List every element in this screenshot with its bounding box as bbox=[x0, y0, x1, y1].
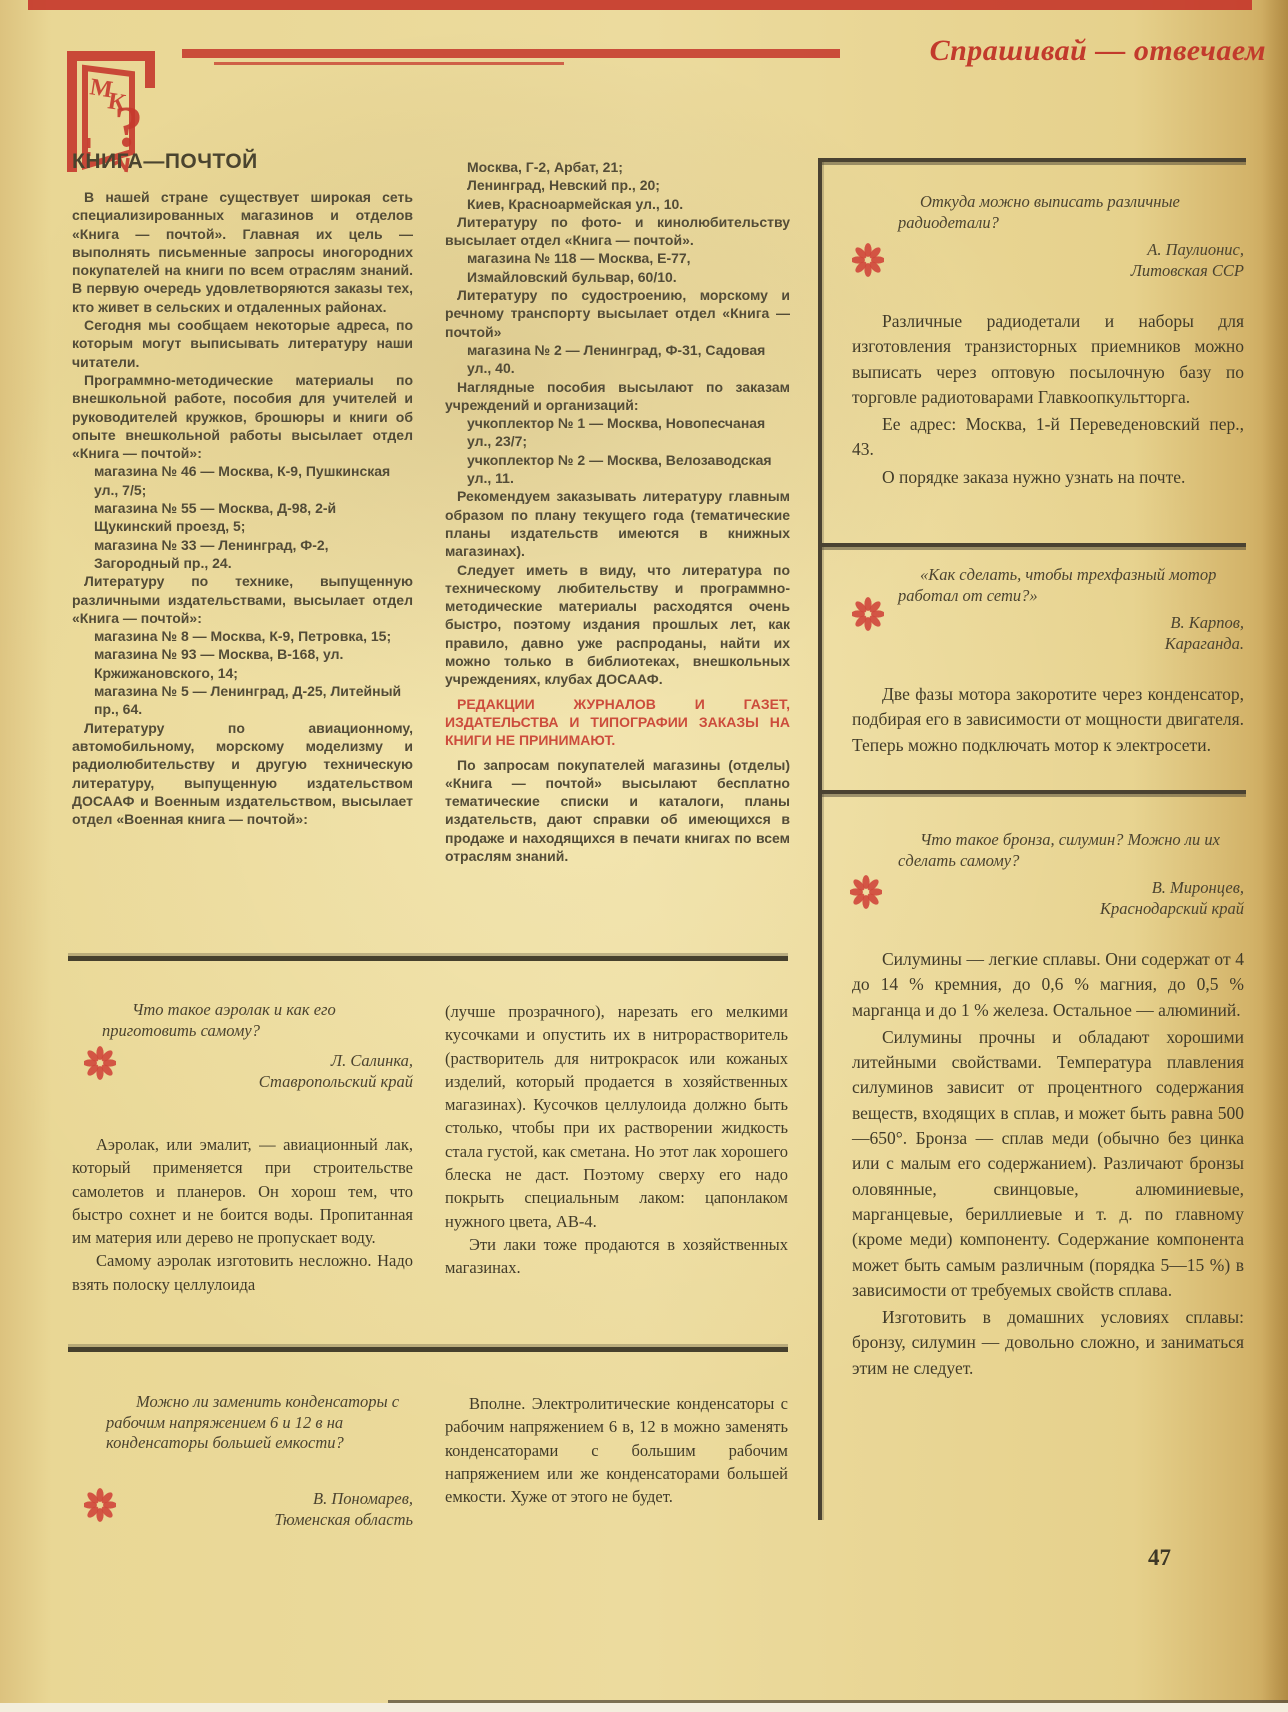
store-address: магазина № 5 — Ленинград, Д-25, Литейный… bbox=[72, 682, 413, 719]
asterisk-icon bbox=[852, 597, 884, 631]
store-address: Москва, Г-2, Арбат, 21; bbox=[445, 158, 790, 176]
magazine-page: М К ? Спрашивай — отвечаем КНИГА—ПОЧТОЙ … bbox=[0, 0, 1288, 1712]
answer-paragraph: Две фазы мотора закоротите через конденс… bbox=[852, 682, 1244, 758]
right-box-top-rule bbox=[818, 158, 1246, 162]
asterisk-icon bbox=[852, 243, 884, 277]
article-paragraph: В нашей стране существует широкая сеть с… bbox=[72, 188, 413, 316]
section-divider-rule bbox=[68, 1347, 788, 1352]
header-red-rule bbox=[182, 49, 840, 58]
section-header-title: Спрашивай — отвечаем bbox=[846, 34, 1266, 68]
store-address: магазина № 8 — Москва, К-9, Петровка, 15… bbox=[72, 627, 413, 645]
top-red-bar bbox=[28, 0, 1252, 10]
answer-paragraph: Силумины прочны и обладают хорошими лите… bbox=[852, 1025, 1244, 1303]
article-paragraph: Литературу по авиационному, автомобильно… bbox=[72, 719, 413, 829]
article-paragraph: Следует иметь в виду, что литература по … bbox=[445, 561, 790, 689]
page-number: 47 bbox=[1148, 1545, 1171, 1571]
header-red-rule-thin bbox=[214, 62, 564, 65]
store-address: магазина № 55 — Москва, Д-98, 2-й Щукинс… bbox=[72, 499, 413, 536]
author-place: Тюменская область bbox=[150, 1509, 413, 1530]
red-notice-text: РЕДАКЦИИ ЖУРНАЛОВ И ГАЗЕТ, ИЗДАТЕЛЬСТВА … bbox=[445, 695, 790, 750]
article-paragraph: Литературу по судостроению, морскому и р… bbox=[445, 286, 790, 341]
store-address: Киев, Красноармейская ул., 10. bbox=[445, 195, 790, 213]
store-address: учкоплектор № 2 — Москва, Велозаводская … bbox=[445, 451, 790, 488]
qa-motor-author: В. Карпов, Караганда. bbox=[852, 612, 1244, 654]
section-divider-rule bbox=[68, 956, 788, 961]
answer-paragraph: Аэролак, или эмалит, — авиационный лак, … bbox=[72, 1133, 413, 1249]
author-place: Ставропольский край bbox=[150, 1071, 413, 1092]
author-name: В. Карпов, bbox=[852, 612, 1244, 633]
asterisk-icon bbox=[84, 1488, 116, 1522]
article-column-1: КНИГА—ПОЧТОЙ В нашей стране существует ш… bbox=[72, 150, 413, 828]
author-name: А. Паулионис, bbox=[852, 239, 1244, 260]
right-box-left-rule bbox=[818, 158, 822, 1520]
store-address: учкоплектор № 1 — Москва, Новопесчаная у… bbox=[445, 414, 790, 451]
qa-aerolak-answer-col2: (лучше прозрачного), нарезать его мелким… bbox=[445, 1000, 788, 1280]
answer-paragraph: Силумины — легкие сплавы. Они содержат о… bbox=[852, 947, 1244, 1023]
qa-radio-author: А. Паулионис, Литовская ССР bbox=[852, 239, 1244, 281]
qa-bronze-question: Что такое бронза, силумин? Можно ли их с… bbox=[852, 830, 1244, 871]
store-address: Ленинград, Невский пр., 20; bbox=[445, 176, 790, 194]
qa-aerolak-question: Что такое аэролак и как его приготовить … bbox=[102, 1000, 414, 1041]
page-right-edge-shadow bbox=[1262, 0, 1288, 1712]
article-paragraph: Рекомендуем заказывать литературу главны… bbox=[445, 487, 790, 560]
answer-paragraph: О порядке заказа нужно узнать на почте. bbox=[852, 465, 1244, 490]
right-box-divider-rule bbox=[822, 790, 1246, 794]
author-name: Л. Салинка, bbox=[150, 1050, 413, 1071]
qa-radio-question: Откуда можно выписать различные радиодет… bbox=[852, 192, 1244, 233]
store-address: магазина № 46 — Москва, К-9, Пушкинская … bbox=[72, 462, 413, 499]
qa-motor-question: «Как сделать, чтобы трехфазный мотор раб… bbox=[852, 565, 1244, 606]
qa-bronze-author: В. Миронцев, Краснодарский край bbox=[852, 877, 1244, 919]
answer-paragraph: Различные радиодетали и наборы для изгот… bbox=[852, 309, 1244, 410]
article-paragraph: Сегодня мы сообщаем некоторые адреса, по… bbox=[72, 316, 413, 371]
right-box-divider-rule bbox=[822, 543, 1246, 547]
qa-aerolak-author: Л. Салинка, Ставропольский край bbox=[150, 1050, 413, 1092]
article-paragraph: По запросам покупателей магазины (отделы… bbox=[445, 756, 790, 866]
qa-bronze-section: Что такое бронза, силумин? Можно ли их с… bbox=[852, 830, 1244, 1383]
answer-paragraph: Изготовить в домашних условиях сплавы: б… bbox=[852, 1305, 1244, 1381]
answer-paragraph: Вполне. Электролитические конденсаторы с… bbox=[445, 1392, 788, 1508]
article-column-2: Москва, Г-2, Арбат, 21; Ленинград, Невск… bbox=[445, 158, 790, 865]
answer-paragraph: Самому аэролак изготовить несложно. Надо… bbox=[72, 1249, 413, 1296]
qa-aerolak-answer-col1: Аэролак, или эмалит, — авиационный лак, … bbox=[72, 1133, 413, 1296]
store-address: магазина № 118 — Москва, Е-77, Измайловс… bbox=[445, 249, 790, 286]
page-bottom-edge bbox=[0, 1703, 1288, 1712]
qa-motor-section: «Как сделать, чтобы трехфазный мотор раб… bbox=[852, 565, 1244, 760]
qa-capacitors-answer: Вполне. Электролитические конденсаторы с… bbox=[445, 1392, 788, 1508]
store-address: магазина № 2 — Ленинград, Ф-31, Садовая … bbox=[445, 341, 790, 378]
article-paragraph: Литературу по технике, выпущенную различ… bbox=[72, 572, 413, 627]
qa-capacitors-question: Можно ли заменить конденсаторы с рабочим… bbox=[106, 1392, 416, 1454]
author-place: Литовская ССР bbox=[852, 260, 1244, 281]
answer-paragraph: (лучше прозрачного), нарезать его мелким… bbox=[445, 1000, 788, 1233]
author-place: Караганда. bbox=[852, 633, 1244, 654]
answer-paragraph: Ее адрес: Москва, 1-й Переведеновский пе… bbox=[852, 412, 1244, 463]
article-paragraph: Литературу по фото- и кинолюбительству в… bbox=[445, 213, 790, 250]
article-paragraph: Наглядные пособия высылают по заказам уч… bbox=[445, 378, 790, 415]
store-address: магазина № 93 — Москва, В-168, ул. Кржиж… bbox=[72, 645, 413, 682]
answer-paragraph: Эти лаки тоже продаются в хозяйственных … bbox=[445, 1233, 788, 1280]
author-place: Краснодарский край bbox=[852, 898, 1244, 919]
article-title: КНИГА—ПОЧТОЙ bbox=[72, 150, 413, 174]
qa-capacitors-author: В. Пономарев, Тюменская область bbox=[150, 1488, 413, 1530]
asterisk-icon bbox=[84, 1046, 116, 1080]
qa-radio-section: Откуда можно выписать различные радиодет… bbox=[852, 192, 1244, 492]
article-paragraph: Программно-методические материалы по вне… bbox=[72, 371, 413, 462]
asterisk-icon bbox=[850, 875, 882, 909]
author-name: В. Пономарев, bbox=[150, 1488, 413, 1509]
store-address: магазина № 33 — Ленинград, Ф-2, Загородн… bbox=[72, 536, 413, 573]
author-name: В. Миронцев, bbox=[852, 877, 1244, 898]
